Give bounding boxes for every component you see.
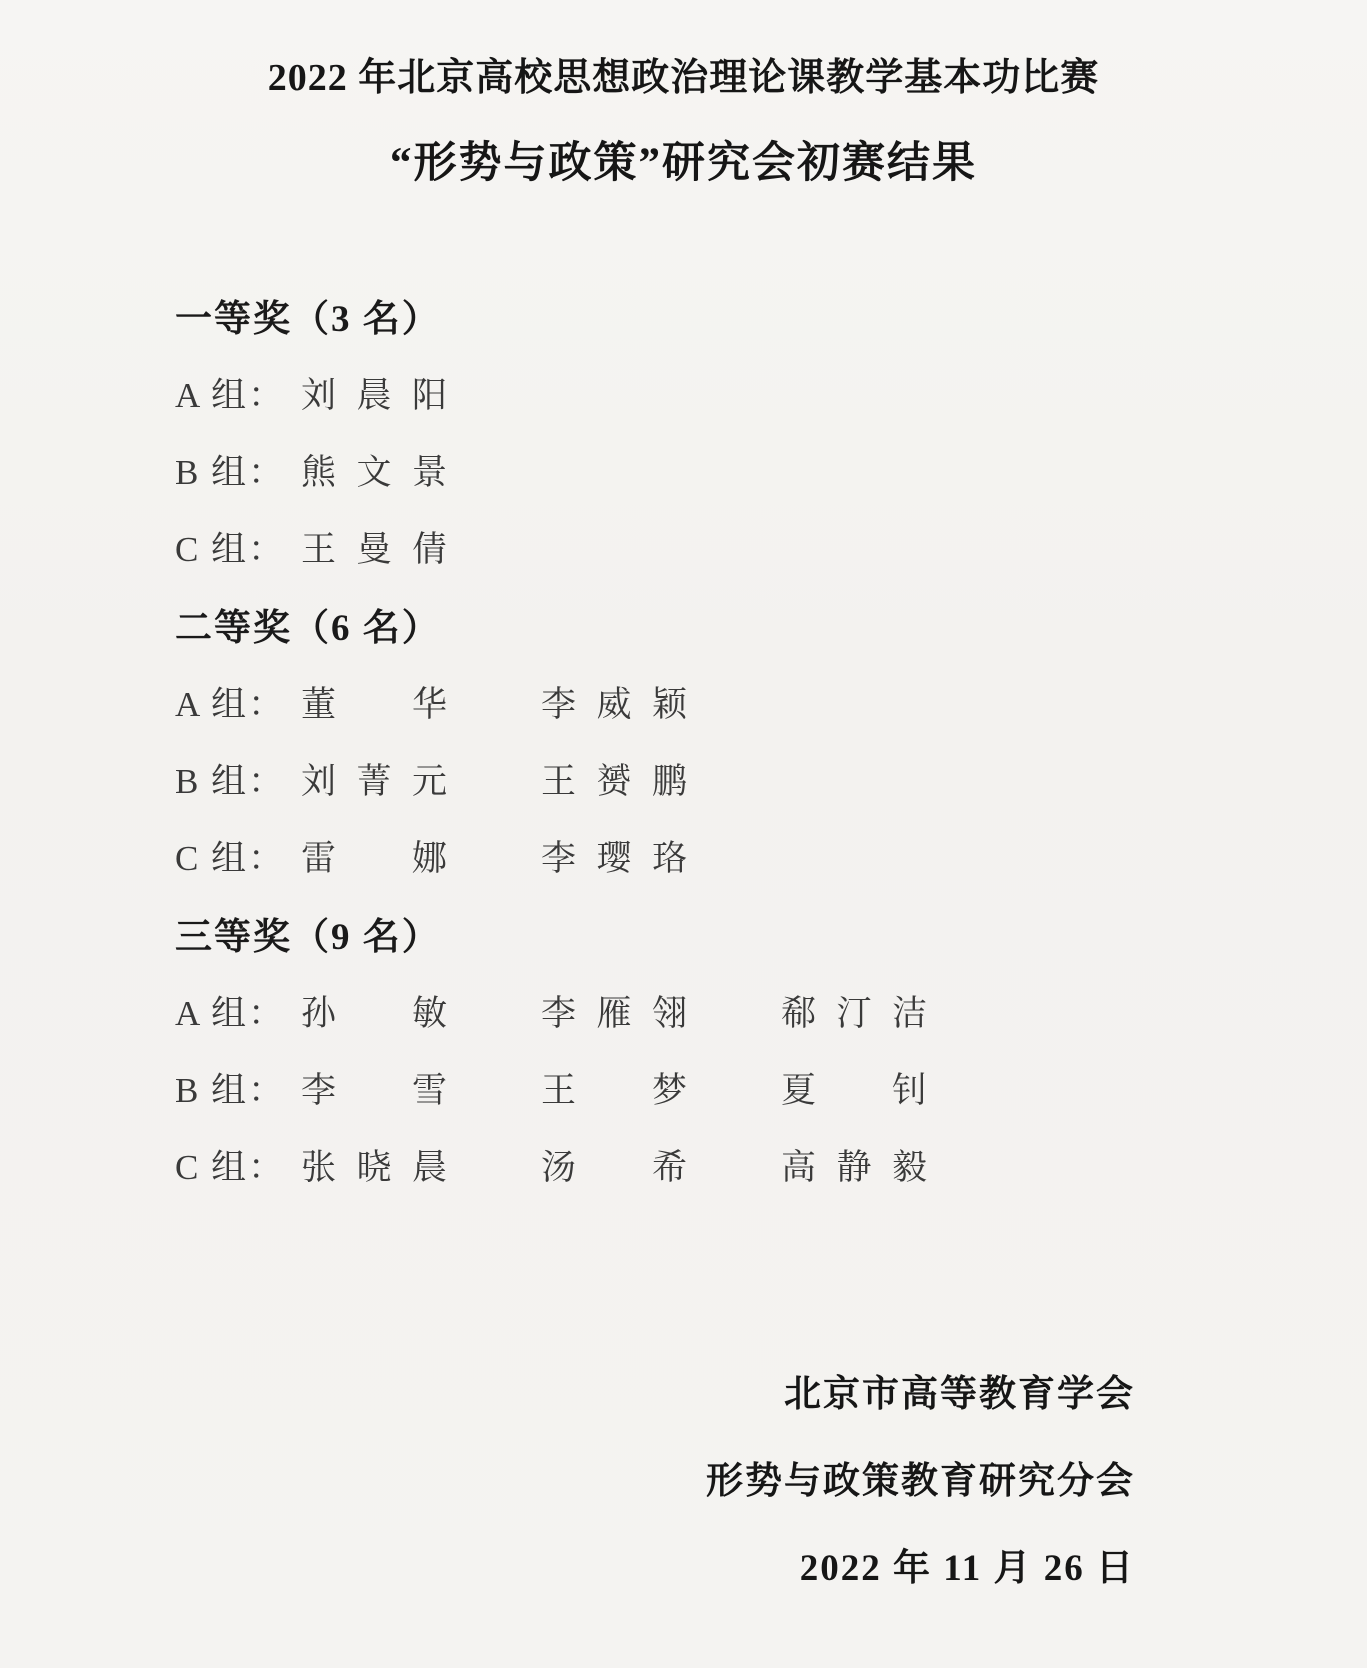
result-row: A 组： 孙敏 李雁翎 郗汀洁 (175, 972, 1367, 1049)
section-heading: 二等奖（6 名） (175, 585, 1367, 663)
group-label: A 组： (175, 368, 301, 418)
result-row: A 组： 董华 李威颖 (175, 663, 1367, 740)
group-label: B 组： (175, 445, 301, 495)
winner-name: 王梦 (541, 1063, 687, 1113)
section-heading: 一等奖（3 名） (175, 276, 1367, 354)
result-row: B 组： 刘菁元 王赟鹏 (175, 740, 1367, 817)
result-row: B 组： 熊文景 (175, 431, 1367, 508)
page-subtitle: “形势与政策”研究会初赛结果 (0, 129, 1367, 190)
winner-name: 李威颖 (541, 677, 687, 727)
issuing-org-line2: 形势与政策教育研究分会 (0, 1438, 1135, 1525)
section-third-prize: 三等奖（9 名） A 组： 孙敏 李雁翎 郗汀洁 B 组： 李雪 王梦 夏钊 C… (175, 894, 1367, 1203)
winner-name: 王曼倩 (301, 522, 447, 572)
result-row: B 组： 李雪 王梦 夏钊 (175, 1049, 1367, 1126)
document-page: 2022 年北京高校思想政治理论课教学基本功比赛 “形势与政策”研究会初赛结果 … (0, 0, 1367, 1668)
group-label: A 组： (175, 677, 301, 727)
result-row: C 组： 王曼倩 (175, 508, 1367, 585)
result-row: C 组： 张晓晨 汤希 高静毅 (175, 1126, 1367, 1203)
winner-name: 高静毅 (781, 1140, 927, 1190)
result-row: C 组： 雷娜 李璎珞 (175, 817, 1367, 894)
result-row: A 组： 刘晨阳 (175, 354, 1367, 431)
section-second-prize: 二等奖（6 名） A 组： 董华 李威颖 B 组： 刘菁元 王赟鹏 C 组： 雷… (175, 585, 1367, 894)
group-label: B 组： (175, 1063, 301, 1113)
page-title: 2022 年北京高校思想政治理论课教学基本功比赛 (0, 0, 1367, 101)
winner-name: 王赟鹏 (541, 754, 687, 804)
issuing-org-line1: 北京市高等教育学会 (0, 1351, 1135, 1438)
winner-name: 刘菁元 (301, 754, 447, 804)
section-first-prize: 一等奖（3 名） A 组： 刘晨阳 B 组： 熊文景 C 组： 王曼倩 (175, 276, 1367, 585)
winner-name: 刘晨阳 (301, 368, 447, 418)
winner-name: 张晓晨 (301, 1140, 447, 1190)
winner-name: 李雪 (301, 1063, 447, 1113)
winner-name: 董华 (301, 677, 447, 727)
issue-date: 2022 年 11 月 26 日 (0, 1525, 1135, 1612)
winner-name: 李雁翎 (541, 986, 687, 1036)
signature-block: 北京市高等教育学会 形势与政策教育研究分会 2022 年 11 月 26 日 (0, 1351, 1367, 1612)
winner-name: 熊文景 (301, 445, 447, 495)
winner-name: 孙敏 (301, 986, 447, 1036)
group-label: C 组： (175, 831, 301, 881)
group-label: A 组： (175, 986, 301, 1036)
group-label: B 组： (175, 754, 301, 804)
winner-name: 夏钊 (781, 1063, 927, 1113)
section-heading: 三等奖（9 名） (175, 894, 1367, 972)
group-label: C 组： (175, 1140, 301, 1190)
group-label: C 组： (175, 522, 301, 572)
results-list: 一等奖（3 名） A 组： 刘晨阳 B 组： 熊文景 C 组： 王曼倩 二等奖（… (175, 276, 1367, 1203)
winner-name: 雷娜 (301, 831, 447, 881)
winner-name: 汤希 (541, 1140, 687, 1190)
winner-name: 李璎珞 (541, 831, 687, 881)
winner-name: 郗汀洁 (781, 986, 927, 1036)
